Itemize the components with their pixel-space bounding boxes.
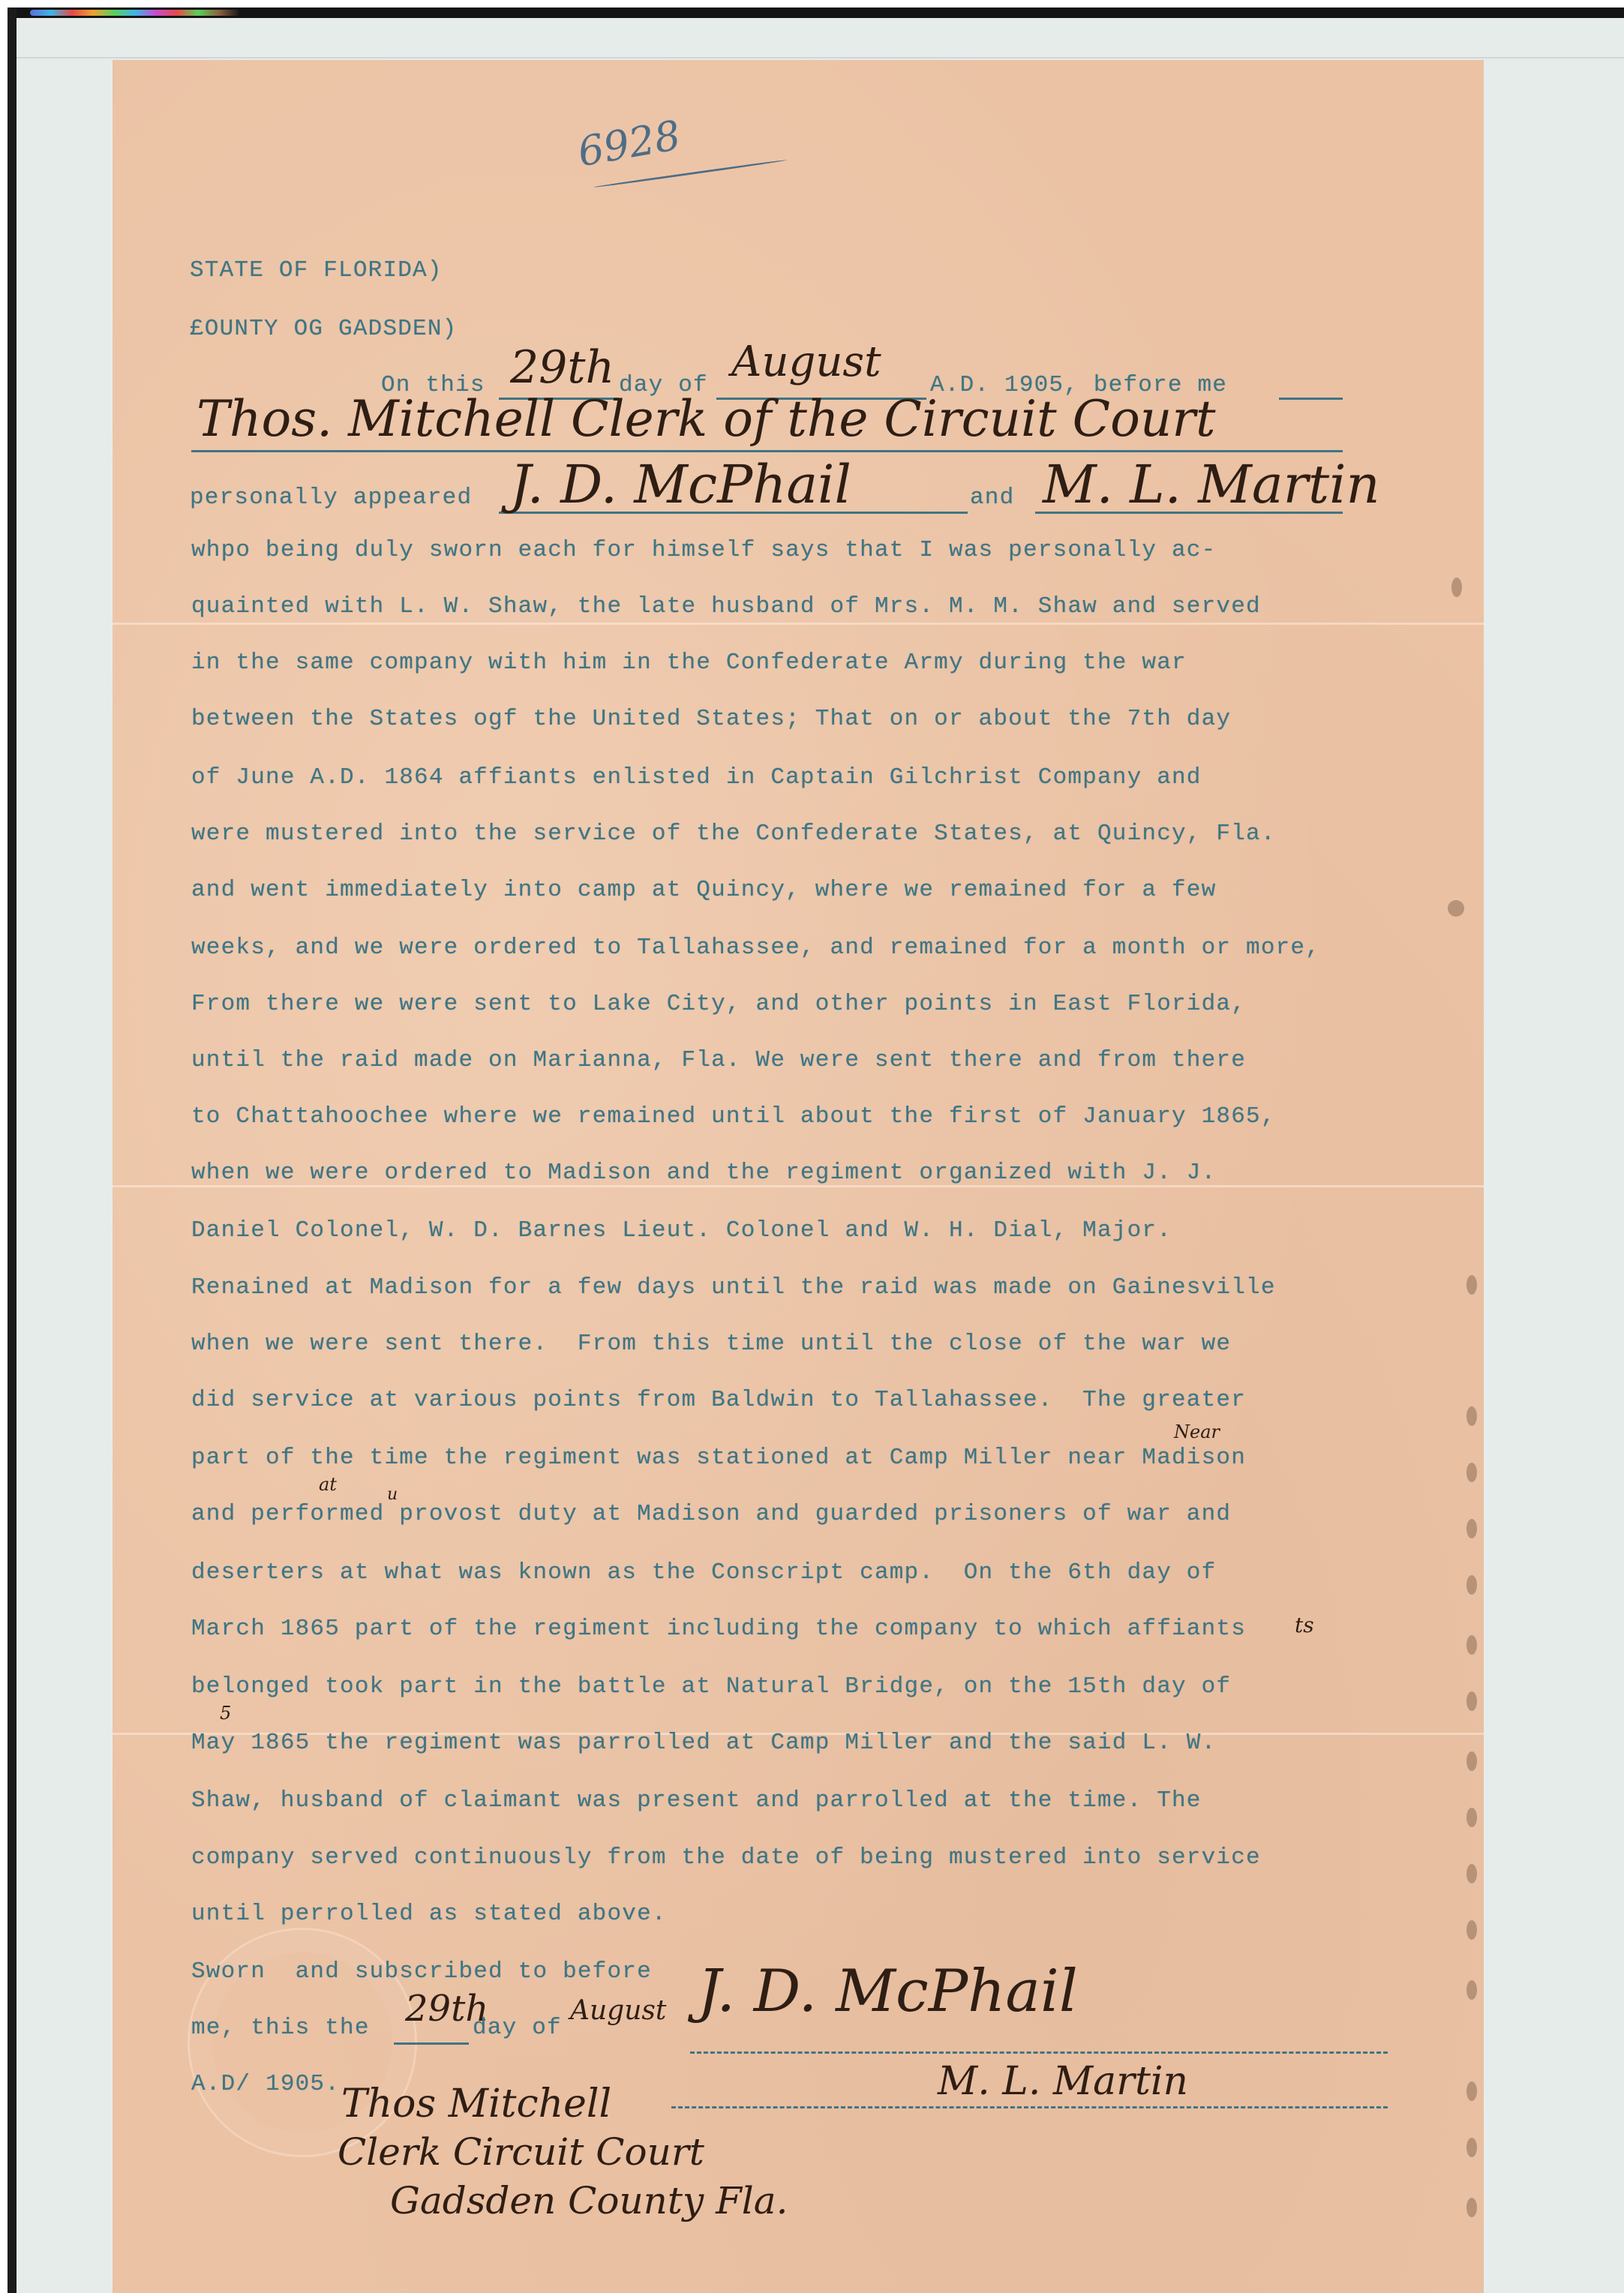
body-line: between the States ogf the United States… (191, 706, 1231, 732)
scanner-frame-top (8, 8, 1624, 18)
intro-month-value: August (731, 338, 881, 386)
edge-stain (1466, 1691, 1477, 1711)
body-line: March 1865 part of the regiment includin… (191, 1616, 1246, 1642)
body-line: Daniel Colonel, W. D. Barnes Lieut. Colo… (191, 1217, 1172, 1244)
body-line: in the same company with him in the Conf… (191, 650, 1187, 676)
intro-personally-appeared: personally appeared (190, 485, 472, 511)
body-line: until perrolled as stated above. (191, 1901, 667, 1927)
edge-stain (1466, 1519, 1477, 1538)
body-line: and went immediately into camp at Quincy… (191, 877, 1216, 903)
intro-affiant-1: J. D. McPhail (510, 454, 851, 515)
jurat-month-value: August (570, 1995, 666, 2026)
body-line: when we were sent there. From this time … (191, 1331, 1231, 1357)
body-line: whpo being duly sworn each for himself s… (191, 537, 1216, 563)
clerk-county: Gadsden County Fla. (390, 2179, 788, 2222)
intro-affiant-2: M. L. Martin (1043, 454, 1380, 515)
edge-stain (1466, 1275, 1477, 1295)
body-line: company served continuously from the dat… (191, 1844, 1261, 1871)
edge-stain (1466, 2081, 1477, 2101)
edge-stain (1466, 1635, 1477, 1655)
jurat-line-2-prefix: me, this the (191, 2015, 370, 2041)
edge-stain (1466, 1980, 1477, 2000)
edge-stain (1466, 1920, 1477, 1940)
jurat-line-3: A.D/ 1905. (191, 2071, 340, 2097)
jurat-day-blank (394, 2042, 469, 2045)
scanner-calibration-strip (30, 10, 240, 16)
clerk-signature: Thos Mitchell (341, 2081, 611, 2126)
edge-stain (1466, 2138, 1477, 2157)
signature-line-1 (690, 2051, 1388, 2054)
venue-state: STATE OF FLORIDA) (190, 257, 443, 284)
annotation-u: u (387, 1485, 398, 1504)
body-line: quainted with L. W. Shaw, the late husba… (191, 593, 1261, 620)
edge-stain (1466, 1864, 1477, 1883)
body-line: when we were ordered to Madison and the … (191, 1160, 1216, 1186)
body-line: part of the time the regiment was statio… (191, 1445, 1246, 1471)
body-line: were mustered into the service of the Co… (191, 821, 1276, 847)
body-line: weeks, and we were ordered to Tallahasse… (191, 935, 1320, 961)
intro-day-value: 29th (510, 341, 614, 394)
edge-stain (1451, 578, 1462, 597)
jurat-line-1: Sworn and subscribed to before (191, 1958, 652, 1985)
edge-stain (1466, 1808, 1477, 1827)
clerk-title: Clerk Circuit Court (338, 2130, 704, 2174)
body-line: Shaw, husband of claimant was present an… (191, 1787, 1202, 1814)
jurat-day-of: day of (473, 2015, 562, 2041)
signature-affiant-2: M. L. Martin (938, 2059, 1188, 2104)
edge-stain (1448, 900, 1464, 917)
body-line: did service at various points from Baldw… (191, 1387, 1246, 1413)
signature-affiant-1: J. D. McPhail (698, 1958, 1078, 2025)
officer-blank (191, 450, 1343, 452)
annotation-near: Near (1174, 1421, 1220, 1442)
edge-stain (1466, 1751, 1477, 1771)
annotation-at: at (319, 1474, 337, 1495)
signature-line-2 (671, 2106, 1388, 2108)
edge-stain (1466, 1406, 1477, 1426)
body-line: From there we were sent to Lake City, an… (191, 991, 1246, 1017)
body-line: deserters at what was known as the Consc… (191, 1559, 1216, 1586)
body-line: and performed provost duty at Madison an… (191, 1501, 1231, 1527)
paper-fold (113, 623, 1484, 625)
edge-stain (1466, 1463, 1477, 1482)
body-line: of June A.D. 1864 affiants enlisted in C… (191, 764, 1202, 791)
edge-stain (1466, 2198, 1477, 2217)
intro-officer-value: Thos. Mitchell Clerk of the Circuit Cour… (197, 390, 1215, 448)
annotation-ts: ts (1295, 1613, 1314, 1637)
intro-and: and (970, 485, 1014, 511)
body-line: Renained at Madison for a few days until… (191, 1274, 1276, 1301)
officer-blank-start (1279, 398, 1343, 400)
body-line: to Chattahoochee where we remained until… (191, 1103, 1276, 1130)
body-line: May 1865 the regiment was parrolled at C… (191, 1730, 1216, 1756)
annotation-five: 5 (220, 1703, 231, 1724)
scanner-frame-left (8, 8, 17, 2293)
scanner-bed-line (17, 57, 1624, 59)
body-line: until the raid made on Marianna, Fla. We… (191, 1047, 1246, 1073)
venue-county: £OUNTY OG GADSDEN) (190, 316, 457, 342)
body-line: belonged took part in the battle at Natu… (191, 1673, 1231, 1700)
edge-stain (1466, 1575, 1477, 1595)
